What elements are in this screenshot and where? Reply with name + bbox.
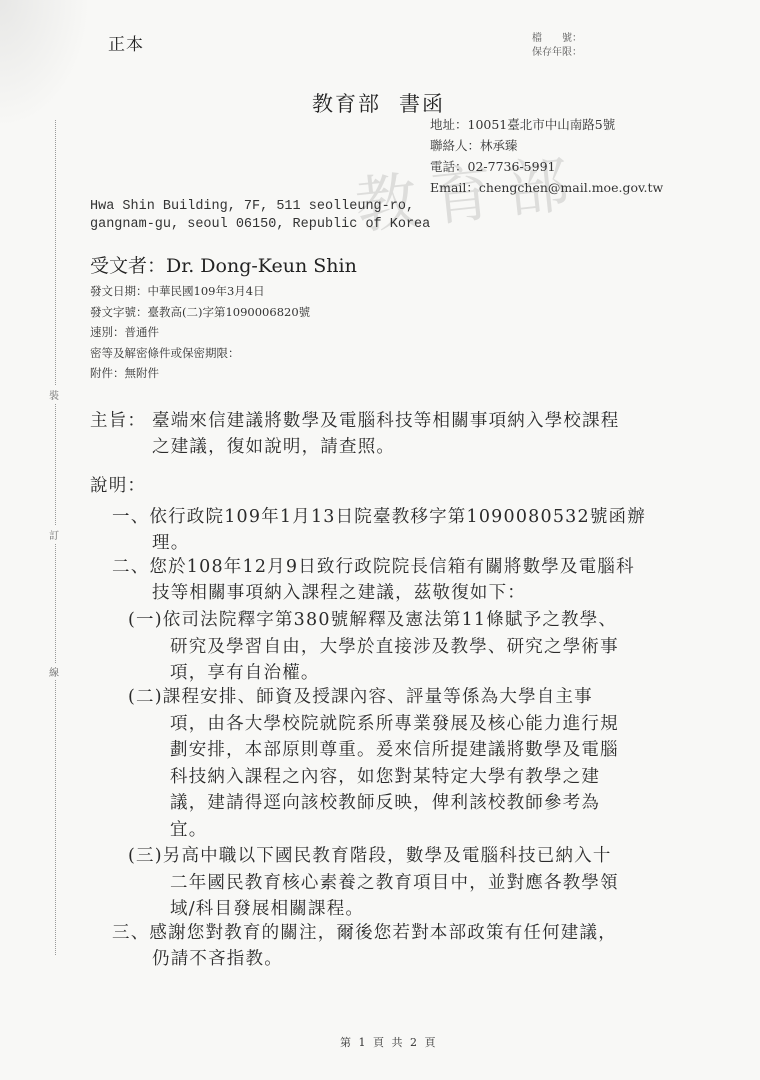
subject-line-2: 之建議，復如說明，請查照。 <box>90 434 620 460</box>
file-meta: 檔 號： 保存年限： <box>532 32 582 60</box>
document-number: 發文字號：臺教高(二)字第1090006820號 <box>90 302 310 323</box>
sub-item-line: 議，建請得逕向該校教師反映，俾利該校教師參考為 <box>128 790 619 817</box>
item-line: 理。 <box>112 530 646 556</box>
sub-item-marker: (三) <box>128 846 163 866</box>
sub-item-line: 研究及學習自由，大學於直接涉及教學、研究之學術事 <box>128 634 619 661</box>
sub-item-marker: (一) <box>128 610 163 630</box>
recipient: 受文者：Dr. Dong-Keun Shin <box>90 251 357 278</box>
attachment: 附件：無附件 <box>90 363 310 384</box>
page-indicator: 第 1 頁 共 2 頁 <box>340 1034 437 1050</box>
sender-contact: 聯絡人：林承臻 <box>430 135 663 156</box>
binding-mark-ding: 訂 <box>49 526 59 543</box>
binding-mark-zhuang: 裝 <box>49 386 59 403</box>
item-line: 感謝您對教育的關注，爾後您若對本部政策有任何建議， <box>149 923 617 943</box>
sub-item-line: 科技納入課程之內容，如您對某特定大學有教學之建 <box>128 764 619 791</box>
document-meta: 發文日期：中華民國109年3月4日 發文字號：臺教高(二)字第109000682… <box>90 281 310 384</box>
sub-item-line: 另高中職以下國民教育階段，數學及電腦科技已納入十 <box>163 846 612 866</box>
sub-item-line: 域/科目發展相關課程。 <box>128 896 619 923</box>
document-title: 教育部書函 <box>312 88 445 118</box>
sender-email: Email：chengchen@mail.moe.gov.tw <box>430 177 663 198</box>
item-line: 依行政院109年1月13日院臺教移字第1090080532號函辦 <box>149 507 646 527</box>
sender-info: 地址：10051臺北市中山南路5號 聯絡人：林承臻 電話：02-7736-599… <box>430 114 663 198</box>
item-line: 技等相關事項納入課程之建議，茲敬復如下： <box>112 580 635 606</box>
explanation-sub-item-1: (一)依司法院釋字第380號解釋及憲法第11條賦予之教學、 研究及學習自由，大學… <box>128 607 619 687</box>
explanation-label: 說明： <box>90 472 146 497</box>
sub-item-line: 二年國民教育核心素養之教育項目中，並對應各教學領 <box>128 870 619 897</box>
item-line: 仍請不吝指教。 <box>112 946 617 972</box>
recipient-address-line-2: gangnam-gu, seoul 06150, Republic of Kor… <box>90 216 430 234</box>
explanation-sub-item-2: (二)課程安排、師資及授課內容、評量等係為大學自主事 項，由各大學校院就院系所專… <box>128 684 619 843</box>
sub-item-marker: (二) <box>128 687 163 707</box>
copy-mark: 正本 <box>108 30 144 55</box>
explanation-item-2: 二、您於108年12月9日致行政院院長信箱有關將數學及電腦科 技等相關事項納入課… <box>112 554 635 606</box>
explanation-item-1: 一、依行政院109年1月13日院臺教移字第1090080532號函辦 理。 <box>112 504 646 556</box>
document-type: 書函 <box>399 92 445 116</box>
explanation-sub-item-3: (三)另高中職以下國民教育階段，數學及電腦科技已納入十 二年國民教育核心素養之教… <box>128 843 619 923</box>
item-marker: 二、 <box>112 557 149 577</box>
explanation-item-3: 三、感謝您對教育的關注，爾後您若對本部政策有任何建議， 仍請不吝指教。 <box>112 920 617 972</box>
agency-name: 教育部 <box>312 92 381 116</box>
item-line: 您於108年12月9日致行政院院長信箱有關將數學及電腦科 <box>149 557 634 577</box>
file-number-label: 檔 號： <box>532 32 582 46</box>
subject-line-1: 臺端來信建議將數學及電腦科技等相關事項納入學校課程 <box>152 411 620 431</box>
sub-item-line: 劃安排，本部原則尊重。爰來信所提建議將數學及電腦 <box>128 737 619 764</box>
confidentiality: 密等及解密條件或保密期限： <box>90 343 310 364</box>
sub-item-line: 宜。 <box>128 817 619 844</box>
subject-label: 主旨： <box>90 408 152 434</box>
sender-phone: 電話：02-7736-5991 <box>430 156 663 177</box>
sub-item-line: 依司法院釋字第380號解釋及憲法第11條賦予之教學、 <box>163 610 617 630</box>
issue-date: 發文日期：中華民國109年3月4日 <box>90 281 310 302</box>
sub-item-line: 項，享有自治權。 <box>128 660 619 687</box>
binding-mark-xian: 線 <box>49 663 59 680</box>
recipient-address: Hwa Shin Building, 7F, 511 seolleung-ro,… <box>90 198 430 234</box>
sub-item-line: 課程安排、師資及授課內容、評量等係為大學自主事 <box>163 687 593 707</box>
sender-address: 地址：10051臺北市中山南路5號 <box>430 114 663 135</box>
letter-page: 正本 檔 號： 保存年限： 教育部 教育部書函 地址：10051臺北市中山南路5… <box>0 0 760 1080</box>
recipient-address-line-1: Hwa Shin Building, 7F, 511 seolleung-ro, <box>90 198 430 216</box>
delivery-speed: 速別：普通件 <box>90 322 310 343</box>
sub-item-line: 項，由各大學校院就院系所專業發展及核心能力進行規 <box>128 711 619 738</box>
item-marker: 三、 <box>112 923 149 943</box>
item-marker: 一、 <box>112 507 149 527</box>
subject: 主旨：臺端來信建議將數學及電腦科技等相關事項納入學校課程 之建議，復如說明，請查… <box>90 408 620 460</box>
retention-label: 保存年限： <box>532 46 582 60</box>
